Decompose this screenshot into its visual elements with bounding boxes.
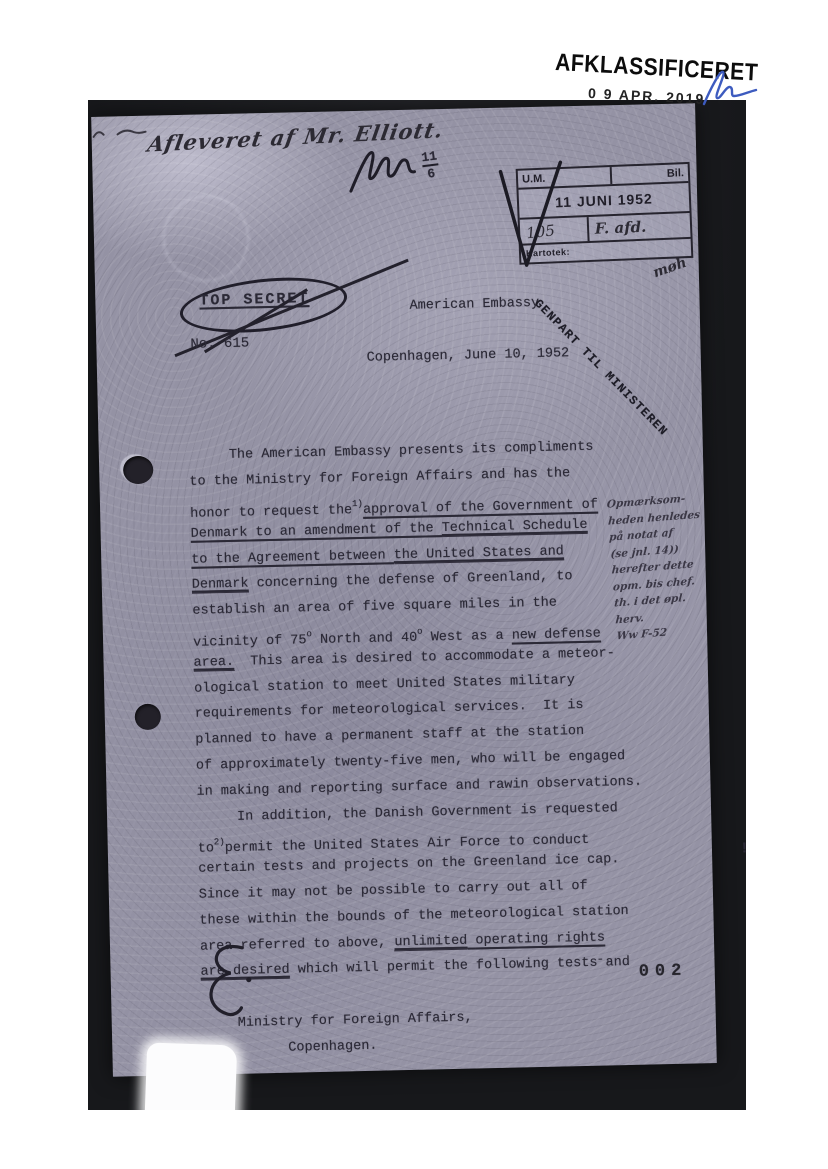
scanned-document-view: AFKLASSIFICERET 0 9 APR. 2019 Afleveret … <box>0 0 828 1169</box>
embossed-seal <box>151 185 261 291</box>
stamp-department: F. afd. <box>586 213 690 241</box>
closing-address: Ministry for Foreign Affairs,Copenhagen. <box>202 1001 689 1064</box>
journal-number-fraction: 11 6 <box>420 148 440 182</box>
punch-hole-top <box>123 456 154 485</box>
journal-initials-scribble <box>344 143 423 195</box>
stamp-enclosure-label: Bil. <box>609 164 688 184</box>
margin-exclamation-mark: ! <box>740 840 746 857</box>
marginalia: Opmærksom-heden henledespå notat af(se j… <box>606 487 741 644</box>
scan-light-notch <box>145 1042 237 1110</box>
page-number: 002 <box>639 962 688 982</box>
photocopy-background: Afleveret af Mr. Elliott. 11 6 U.M. Bil.… <box>88 100 746 1110</box>
classification-stamp: TOP SECRET <box>179 275 352 335</box>
punch-hole-bottom <box>135 704 162 731</box>
stray-dash-mark: -. <box>596 951 612 966</box>
journal-denominator: 6 <box>422 163 440 182</box>
body-text: The American Embassy presents its compli… <box>187 356 689 1064</box>
handwritten-flourish <box>200 939 260 1026</box>
document-page: Afleveret af Mr. Elliott. 11 6 U.M. Bil.… <box>91 103 717 1076</box>
blue-initials-signature <box>690 62 760 112</box>
document-number: No. 615 <box>190 335 249 352</box>
stray-pen-marks <box>91 124 147 145</box>
